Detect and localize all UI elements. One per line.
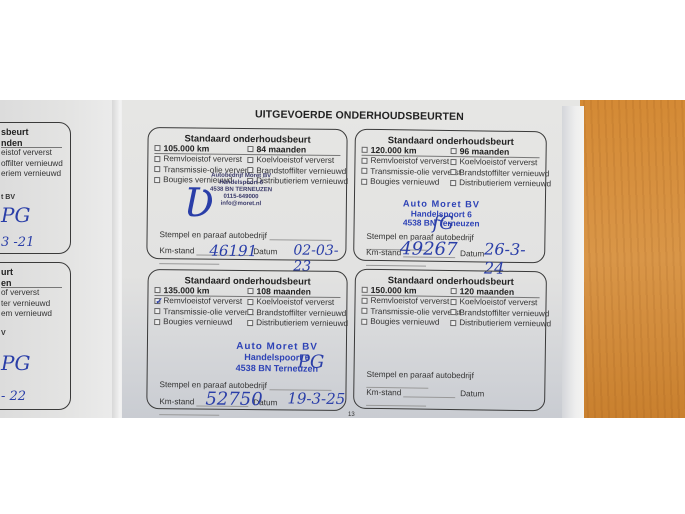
km-checkbox[interactable]: [154, 145, 160, 151]
task-label: Remvloeistof ververst: [370, 296, 449, 306]
timing-belt-checkbox[interactable]: [450, 180, 456, 186]
fuel-filter-checkbox[interactable]: [450, 309, 456, 315]
task-label: Transmissie-olie ververst: [163, 307, 254, 317]
signature: PG: [298, 352, 325, 373]
brake-fluid-checkbox[interactable]: [361, 158, 367, 164]
km-interval: 105.000 km: [163, 143, 209, 153]
month-interval: 84 maanden: [256, 144, 306, 155]
spark-plugs-checkbox[interactable]: [154, 177, 160, 183]
task-label: Distributieriem vernieuwd: [459, 178, 551, 188]
left-service-card-2: urt en of ververst ter vernieuwd em vern…: [0, 262, 71, 410]
task-label: Remvloeistof ververst: [370, 156, 449, 166]
task-label: Remvloeistof ververst: [163, 296, 242, 306]
km-label: Km-stand: [366, 248, 401, 257]
months-fragment: nden: [1, 138, 62, 149]
task-label: Transmissie-olie ververst: [370, 307, 461, 317]
dealer-stamp: Autobedrijf Moret BVHandelspoort 64538 B…: [210, 173, 272, 208]
task-label: Distributieriem vernieuwd: [459, 318, 551, 328]
stamp-label: Stempel en paraaf autobedrijf: [366, 370, 474, 380]
stamp-signature-line: Stempel en paraaf autobedrijf: [366, 370, 532, 390]
left-service-card-1: sbeurt nden eistof ververst offilter ver…: [0, 122, 71, 254]
page-edges: [562, 106, 584, 418]
coolant-checkbox[interactable]: [450, 159, 456, 165]
months-checkbox[interactable]: [247, 146, 253, 152]
signature: fG: [432, 213, 453, 234]
km-interval: 120.000 km: [371, 145, 417, 156]
odometer-value[interactable]: 49267: [400, 238, 458, 260]
odometer-date-line: Km-stand Datum: [366, 388, 532, 408]
km-label: Km-stand: [159, 246, 194, 255]
date-value[interactable]: 19-3-25: [287, 389, 345, 408]
task-label: Koelvloeistof ververst: [256, 155, 334, 165]
line-fragment: em vernieuwd: [1, 309, 70, 320]
km-interval: 135.000 km: [163, 285, 209, 295]
coolant-checkbox[interactable]: [247, 299, 253, 305]
task-label: Bougies vernieuwd: [370, 317, 439, 327]
task-label: Brandstoffilter vernieuwd: [459, 168, 549, 178]
transmission-oil-checkbox[interactable]: [361, 308, 367, 314]
month-interval: 96 maanden: [460, 146, 510, 157]
signature: PG: [1, 203, 30, 227]
wooden-desk: [580, 100, 685, 418]
timing-belt-checkbox[interactable]: [450, 320, 456, 326]
month-interval: 120 maanden: [460, 286, 515, 297]
km-interval: 150.000 km: [371, 285, 417, 296]
line-fragment: offilter vernieuwd: [1, 159, 70, 170]
date-label: Datum: [460, 249, 484, 258]
card-title-fragment: sbeurt: [1, 127, 70, 138]
task-label: Remvloeistof ververst: [163, 154, 242, 164]
task-label: Transmissie-olie ververst: [370, 167, 461, 177]
line-fragment: eistof ververst: [1, 148, 70, 159]
stamp-fragment: V: [1, 330, 70, 341]
line-fragment: of ververst: [1, 288, 70, 299]
odometer-value[interactable]: 46191: [209, 242, 257, 260]
date-fragment: 3 -21: [1, 235, 34, 250]
card-title-fragment: urt: [1, 267, 70, 278]
task-label: Distributieriem vernieuwd: [256, 318, 348, 328]
brake-fluid-checkbox[interactable]: ✓: [154, 298, 160, 304]
spark-plugs-checkbox[interactable]: [154, 319, 160, 325]
stamp-signature-line: Stempel en paraaf autobedrijf: [160, 230, 334, 241]
service-card-2: Standaard onderhoudsbeurt 120.000 km 96 …: [353, 129, 547, 264]
coolant-checkbox[interactable]: [247, 157, 253, 163]
date-label: Datum: [460, 389, 484, 398]
brake-fluid-checkbox[interactable]: [362, 298, 368, 304]
km-checkbox[interactable]: [362, 147, 368, 153]
timing-belt-checkbox[interactable]: [247, 320, 253, 326]
km-checkbox[interactable]: [154, 287, 160, 293]
service-card-3: Standaard onderhoudsbeurt 135.000 km 108…: [146, 269, 347, 411]
transmission-oil-checkbox[interactable]: [361, 168, 367, 174]
fuel-filter-checkbox[interactable]: [450, 169, 456, 175]
stamp-label: Stempel en paraaf autobedrijf: [160, 230, 268, 240]
fuel-filter-checkbox[interactable]: [247, 309, 253, 315]
signature: Ʋ: [184, 180, 215, 226]
task-row: Bougies vernieuwd Distributieriem vernie…: [154, 317, 340, 329]
signature: PG: [1, 351, 30, 375]
coolant-checkbox[interactable]: [450, 299, 456, 305]
task-label: Bougies vernieuwd: [370, 177, 439, 187]
months-checkbox[interactable]: [451, 148, 457, 154]
page-number: 13: [348, 412, 355, 418]
month-interval: 108 maanden: [256, 286, 311, 297]
stamp-line: 4538 BN TERNEUZEN: [210, 186, 272, 194]
spark-plugs-checkbox[interactable]: [361, 179, 367, 185]
task-row: Bougies vernieuwd Distributieriem vernie…: [361, 316, 539, 329]
transmission-oil-checkbox[interactable]: [154, 308, 160, 314]
service-card-1: Standaard onderhoudsbeurt 105.000 km 84 …: [146, 127, 347, 261]
km-label: Km-stand: [366, 388, 401, 397]
months-checkbox[interactable]: [247, 288, 253, 294]
stamp-line: info@moret.nl: [210, 200, 272, 208]
task-label: Brandstoffilter vernieuwd: [256, 308, 346, 318]
km-checkbox[interactable]: [362, 287, 368, 293]
km-label: Km-stand: [159, 397, 194, 406]
line-fragment: eriem vernieuwd: [1, 169, 70, 180]
task-row: Bougies vernieuwd Distributieriem vernie…: [361, 176, 539, 189]
date-fragment: - 22: [1, 389, 26, 404]
task-label: Koelvloeistof ververst: [256, 297, 334, 307]
service-card-4: Standaard onderhoudsbeurt 150.000 km 120…: [353, 269, 547, 412]
task-label: Koelvloeistof ververst: [459, 297, 537, 307]
months-checkbox[interactable]: [451, 288, 457, 294]
line-fragment: ter vernieuwd: [1, 299, 70, 310]
spark-plugs-checkbox[interactable]: [361, 319, 367, 325]
brake-fluid-checkbox[interactable]: [154, 156, 160, 162]
task-label: Bougies vernieuwd: [163, 317, 232, 327]
task-label: Brandstoffilter vernieuwd: [459, 308, 549, 318]
months-fragment: en: [1, 278, 62, 289]
odometer-value[interactable]: 52750: [205, 389, 262, 411]
transmission-oil-checkbox[interactable]: [154, 166, 160, 172]
task-label: Koelvloeistof ververst: [459, 157, 537, 167]
